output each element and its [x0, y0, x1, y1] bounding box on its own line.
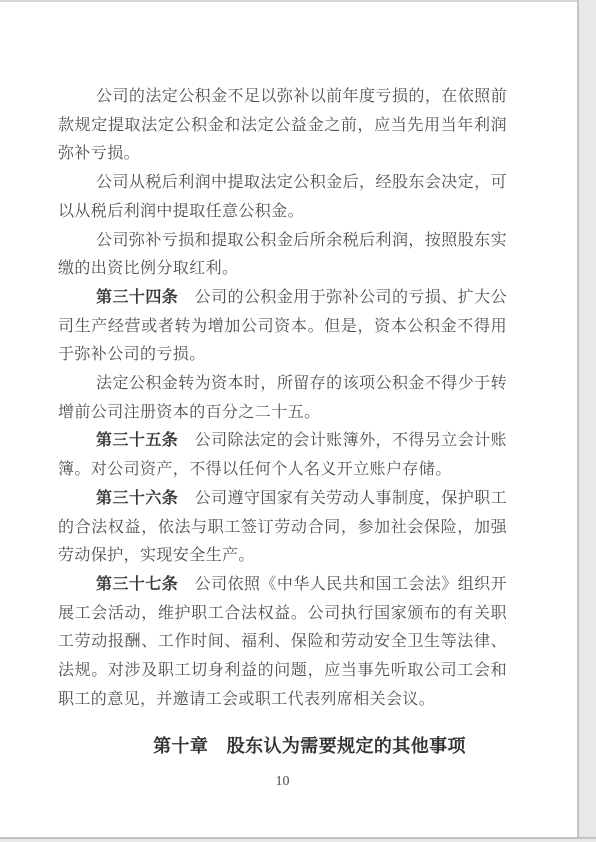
paragraph-text: 公司的法定公积金不足以弥补以前年度亏损的，在依照前款规定提取法定公积金和法定公益… [58, 88, 507, 162]
scan-bottom-band [0, 837, 596, 842]
scan-right-band [577, 0, 596, 842]
paragraph-text: 公司弥补亏损和提取公积金后所余税后利润，按照股东实缴的出资比例分取红利。 [58, 232, 507, 278]
scanned-document-page: 公司的法定公积金不足以弥补以前年度亏损的，在依照前款规定提取法定公积金和法定公益… [0, 0, 596, 842]
paragraph: 公司的法定公积金不足以弥补以前年度亏损的，在依照前款规定提取法定公积金和法定公益… [58, 83, 507, 169]
paragraph: 法定公积金转为资本时，所留存的该项公积金不得少于转增前公司注册资本的百分之二十五… [58, 370, 507, 427]
paragraph-text: 公司依照《中华人民共和国工会法》组织开展工会活动，维护职工合法权益。公司执行国家… [58, 576, 507, 708]
paragraph-text: 法定公积金转为资本时，所留存的该项公积金不得少于转增前公司注册资本的百分之二十五… [58, 375, 507, 421]
page-content: 公司的法定公积金不足以弥补以前年度亏损的，在依照前款规定提取法定公积金和法定公益… [58, 83, 507, 791]
body-paragraphs: 公司的法定公积金不足以弥补以前年度亏损的，在依照前款规定提取法定公积金和法定公益… [58, 83, 507, 714]
page-top-edge-line [0, 0, 596, 2]
paragraph: 公司从税后利润中提取法定公积金后，经股东会决定，可以从税后利润中提取任意公积金。 [58, 169, 507, 226]
paragraph: 第三十四条 公司的公积金用于弥补公司的亏损、扩大公司生产经营或者转为增加公司资本… [58, 284, 507, 370]
article-number: 第三十七条 [96, 576, 195, 593]
article-number: 第三十四条 [96, 289, 195, 306]
page-number: 10 [58, 773, 507, 791]
article-number: 第三十五条 [96, 432, 195, 449]
paragraph: 第三十六条 公司遵守国家有关劳动人事制度，保护职工的合法权益，依法与职工签订劳动… [58, 485, 507, 571]
paragraph-text: 公司从税后利润中提取法定公积金后，经股东会决定，可以从税后利润中提取任意公积金。 [58, 174, 507, 220]
paragraph: 第三十七条 公司依照《中华人民共和国工会法》组织开展工会活动，维护职工合法权益。… [58, 571, 507, 715]
paragraph: 公司弥补亏损和提取公积金后所余税后利润，按照股东实缴的出资比例分取红利。 [58, 227, 507, 284]
chapter-heading: 第十章 股东认为需要规定的其他事项 [112, 735, 507, 757]
article-number: 第三十六条 [96, 490, 195, 507]
paragraph: 第三十五条 公司除法定的会计账簿外，不得另立会计账簿。对公司资产，不得以任何个人… [58, 427, 507, 484]
